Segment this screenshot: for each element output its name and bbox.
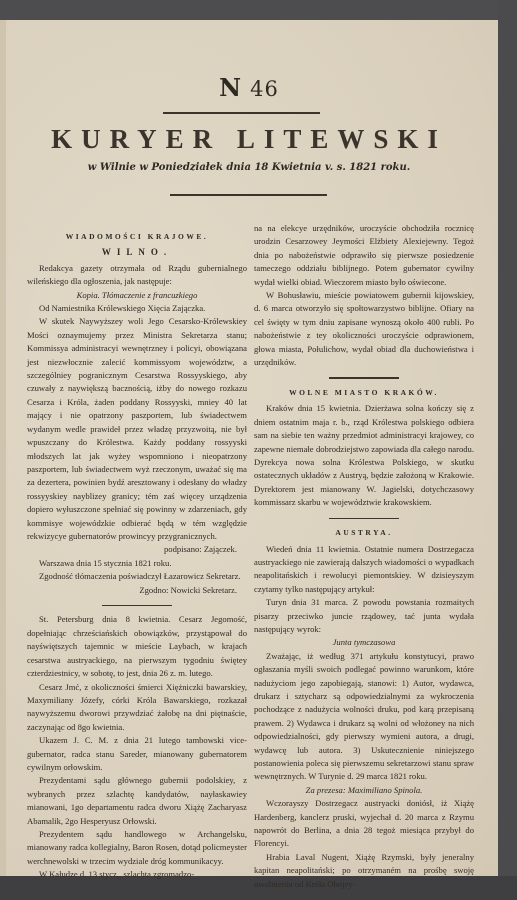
place-date-line: Warszawa dnia 15 stycznia 1821 roku. bbox=[27, 557, 247, 570]
article-paragraph: Prezydentami sądu głównego gubernii podo… bbox=[27, 774, 247, 828]
copy-heading: Kopia. Tłómaczenie z francuzkiego bbox=[27, 289, 247, 302]
article-paragraph: Redakcya gazety otrzymała od Rządu guber… bbox=[27, 262, 247, 289]
article-paragraph: W Bohusławiu, mieście powiatowem guberni… bbox=[254, 289, 474, 369]
article-paragraph: Wczorayszy Dostrzegacz austryacki doniós… bbox=[254, 797, 474, 851]
certification-line: Zgodność tłómaczenia poświadczył Łazarow… bbox=[27, 570, 247, 583]
scan-frame-top bbox=[0, 0, 517, 20]
masthead-rule-top bbox=[163, 112, 320, 114]
scan-frame-right bbox=[498, 0, 517, 900]
certification-signature: Zgodno: Nowicki Sekretarz. bbox=[27, 584, 247, 597]
section-heading-austria: AUSTRYA. bbox=[254, 526, 474, 539]
city-heading-wilno: WILNO. bbox=[27, 246, 247, 259]
article-paragraph: W Kałudze d. 13 stycz., szlachta zgromad… bbox=[27, 868, 247, 881]
article-paragraph: Turyn dnia 31 marca. Z powodu powstania … bbox=[254, 596, 474, 636]
article-paragraph: Hrabia Laval Nugent, Xiążę Rzymski, były… bbox=[254, 851, 474, 891]
dateline: w Wilnie w Poniedziałek dnia 18 Kwietnia… bbox=[0, 162, 498, 173]
article-paragraph: Prezydentem sądu handlowego w Archangels… bbox=[27, 828, 247, 868]
issue-number-value: 46 bbox=[250, 77, 279, 101]
right-column: na na elekcye urzędników, uroczyście obc… bbox=[254, 222, 474, 891]
section-divider bbox=[102, 605, 172, 607]
article-paragraph: W skutek Naywyższey woli Jego Cesarsko-K… bbox=[27, 315, 247, 543]
newspaper-title: KURYER LITEWSKI bbox=[0, 124, 498, 155]
article-paragraph: Kraków dnia 15 kwietnia. Dzierżawa solna… bbox=[254, 402, 474, 509]
article-paragraph: Ukazem J. C. M. z dnia 21 lutego tambows… bbox=[27, 734, 247, 774]
article-paragraph: Wiedeń dnia 11 kwietnia. Ostatnie numera… bbox=[254, 543, 474, 597]
section-heading-krakow: WOLNE MIASTO KRAKÓW. bbox=[254, 386, 474, 399]
article-paragraph: St. Petersburg dnia 8 kwietnia. Cesarz J… bbox=[27, 613, 247, 680]
article-paragraph: Zważając, iż według 371 artykułu konstyt… bbox=[254, 650, 474, 784]
issue-number-prefix: N bbox=[219, 73, 242, 102]
signature-line: podpisano: Zajączek. bbox=[27, 543, 247, 556]
section-heading-domestic: WIADOMOŚCI KRAJOWE. bbox=[27, 230, 247, 243]
article-paragraph: Cesarz Jmć, z okoliczności śmierci Xiężn… bbox=[27, 681, 247, 735]
left-column: WIADOMOŚCI KRAJOWE. WILNO. Redakcya gaze… bbox=[27, 228, 247, 882]
from-line: Od Namiestnika Królewskiego Xięcia Zając… bbox=[27, 302, 247, 315]
section-divider bbox=[329, 377, 399, 379]
signature-line: Za prezesa: Maximiliano Spinola. bbox=[254, 784, 474, 797]
issue-number: N46 bbox=[0, 73, 498, 102]
section-divider bbox=[329, 518, 399, 520]
junta-heading: Junta tymczasowa bbox=[254, 636, 474, 649]
newspaper-page: N46 KURYER LITEWSKI w Wilnie w Poniedzia… bbox=[0, 20, 498, 876]
masthead-rule-bottom bbox=[170, 194, 327, 196]
masthead: N46 KURYER LITEWSKI w Wilnie w Poniedzia… bbox=[0, 20, 498, 195]
article-paragraph: na na elekcye urzędników, uroczyście obc… bbox=[254, 222, 474, 289]
